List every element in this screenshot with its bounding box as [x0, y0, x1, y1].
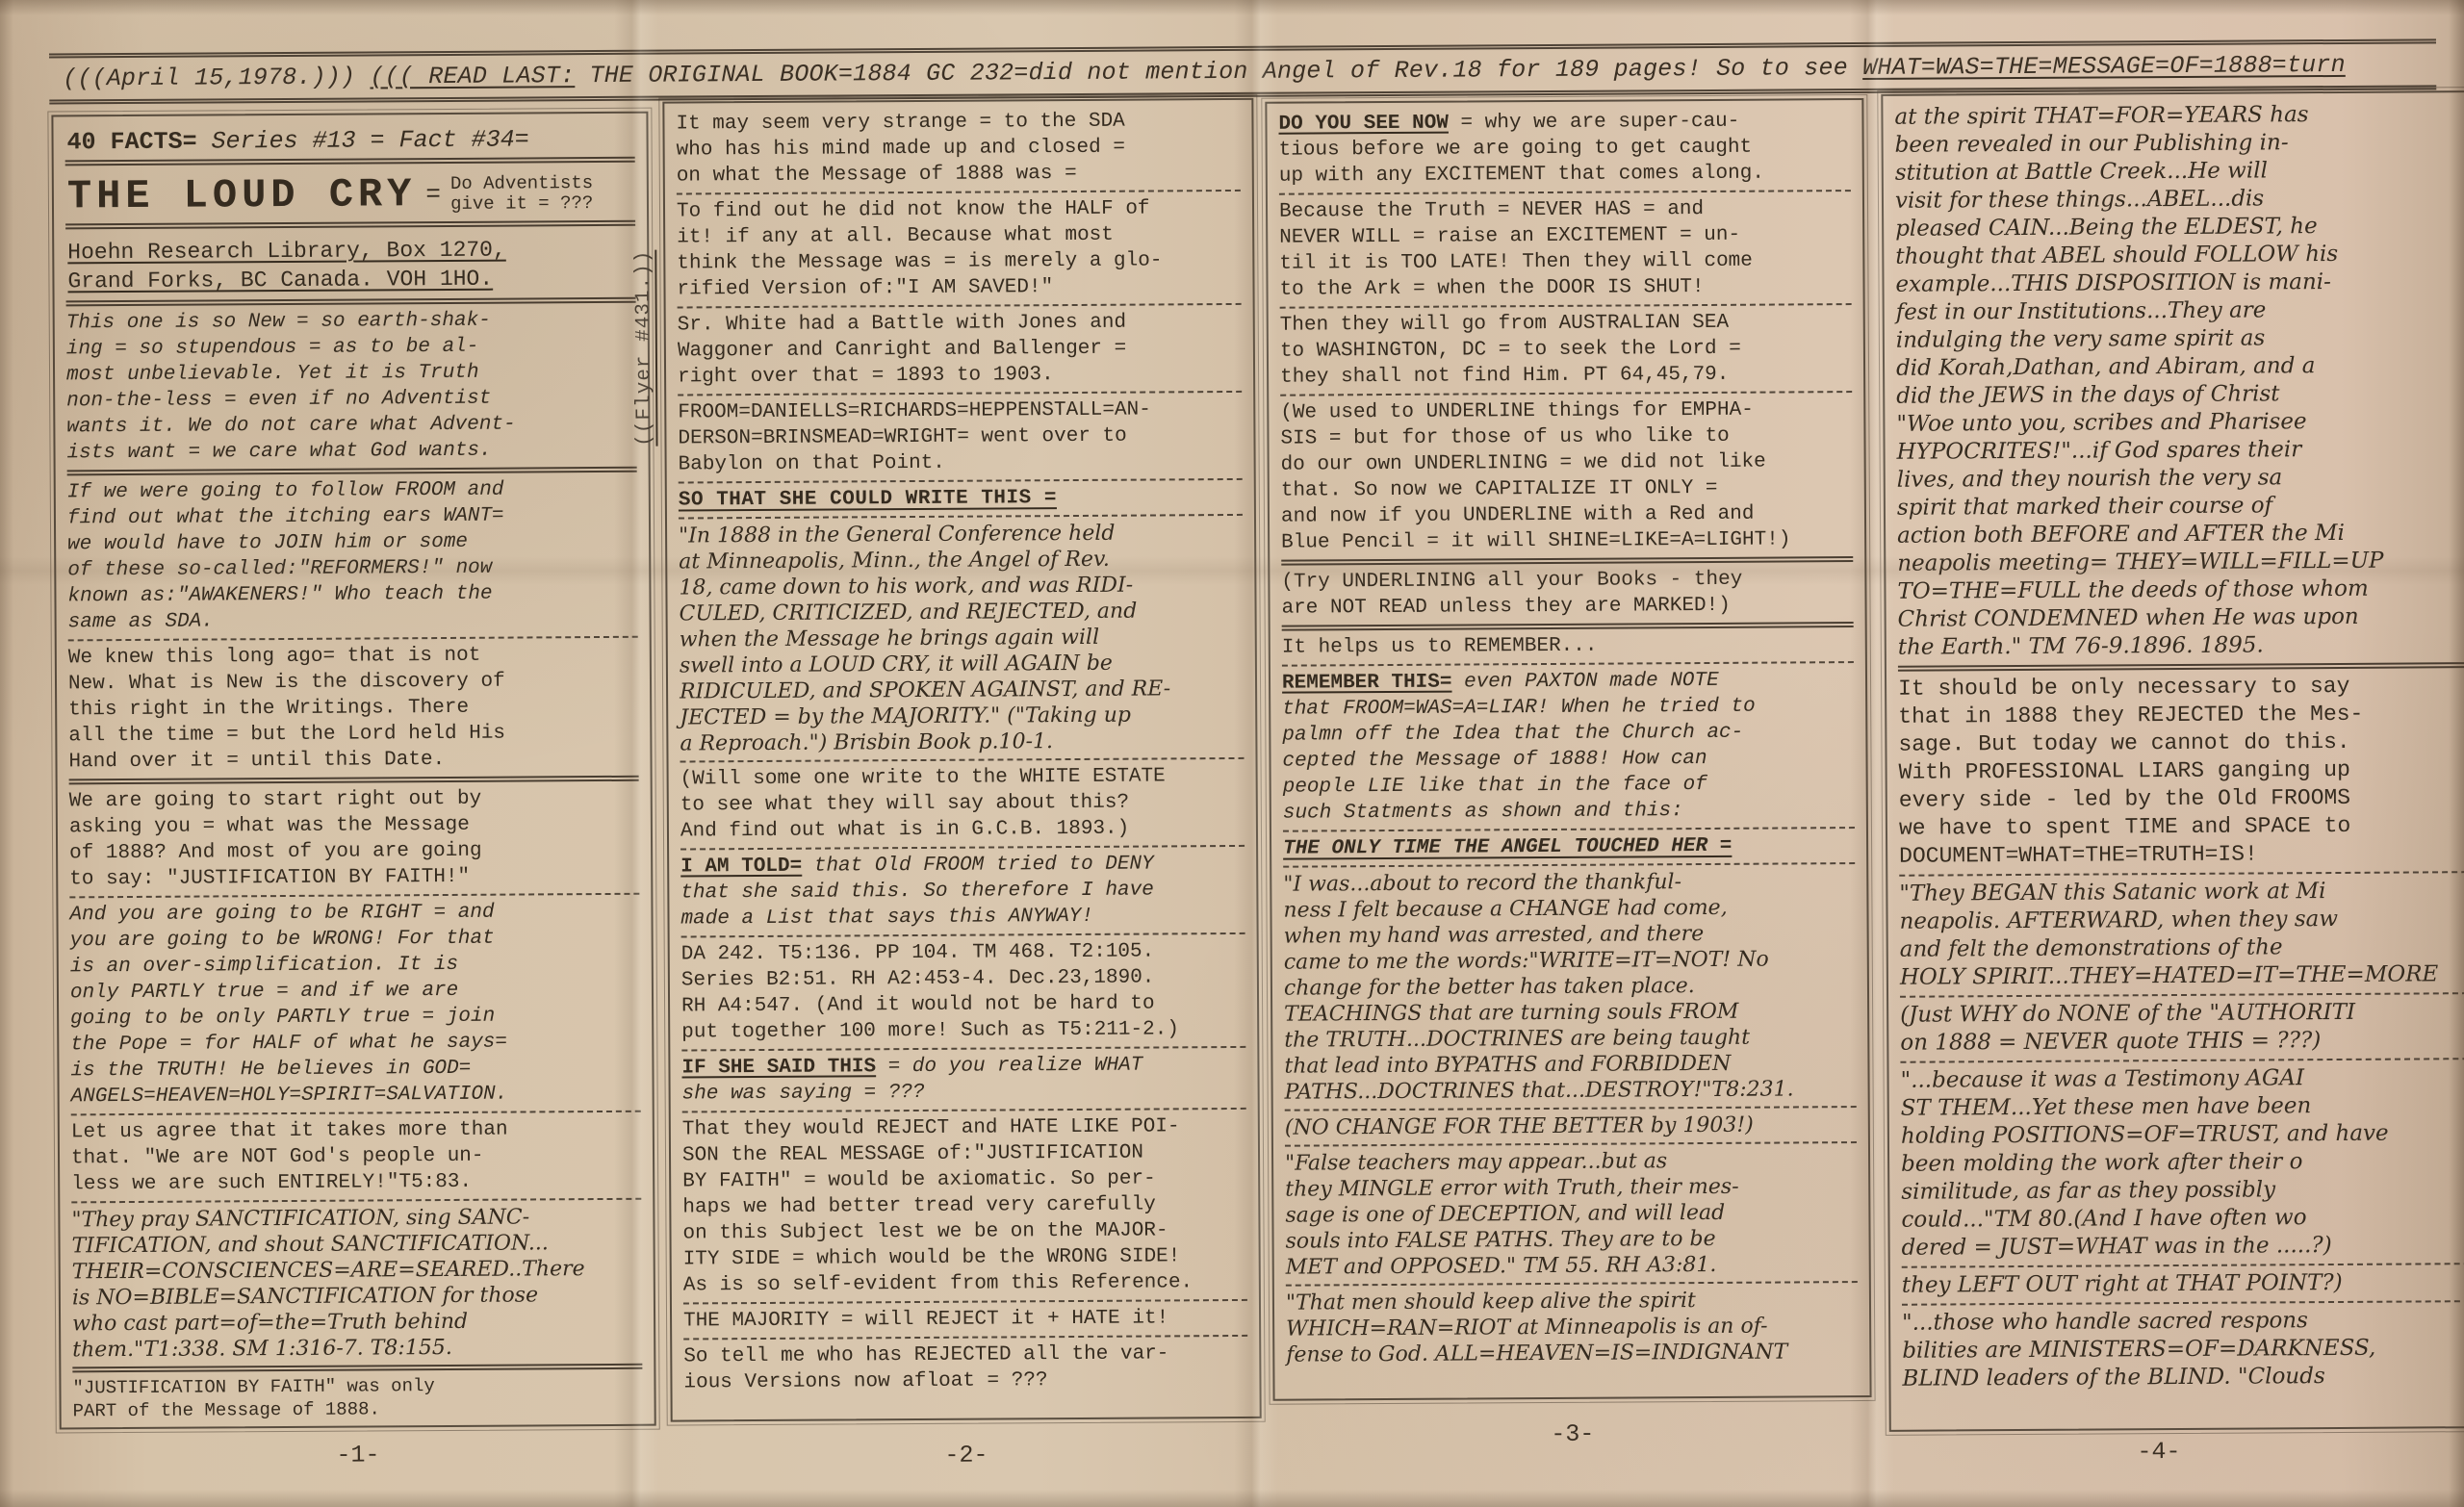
- paragraph-lead: IF SHE SAID THIS: [681, 1056, 876, 1079]
- paragraph: at the spirit THAT=FOR=YEARS has been re…: [1894, 100, 2464, 672]
- paragraph: That they would REJECT and HATE LIKE POI…: [682, 1113, 1247, 1305]
- page-title: THE LOUD CRY: [67, 172, 417, 218]
- paragraph: they LEFT OUT right at THAT POINT?): [1902, 1268, 2464, 1306]
- paragraph-lead: REMEMBER THIS=: [1282, 672, 1452, 695]
- address-line2: Grand Forks, BC Canada. VOH 1HO.: [67, 267, 493, 294]
- paragraph-lead: I AM TOLD=: [680, 856, 802, 879]
- fold-crease-right: [1850, 0, 1894, 1507]
- paper-content: (((April 15,1978.))) ((( READ LAST: THE …: [0, 0, 2464, 1507]
- series-prefix: 40 FACTS=: [66, 128, 196, 157]
- page-number-3: -3-: [1273, 1418, 1872, 1450]
- paragraph: We are going to start right out by askin…: [69, 785, 640, 899]
- paragraph: (We used to UNDERLINE things for EMPHA- …: [1280, 396, 1853, 566]
- paragraph: (Will some one write to the WHITE ESTATE…: [680, 763, 1245, 851]
- subtitle-line1: Do Adventists: [450, 172, 593, 194]
- paragraph: It should be only necessary to say that …: [1898, 672, 2464, 877]
- fold-crease-horizontal: [0, 556, 2464, 585]
- title-subtitle: Do Adventists give it = ???: [450, 173, 593, 215]
- column-1: 40 FACTS= Series #13 = Fact #34= THE LOU…: [51, 112, 655, 1430]
- paper-edge-right: [2449, 0, 2464, 1507]
- paragraph: And you are going to be RIGHT = and you …: [69, 899, 640, 1116]
- paragraph: I AM TOLD= that Old FROOM tried to DENY …: [680, 851, 1245, 938]
- paragraph: Let us agree that it takes more than tha…: [71, 1116, 642, 1204]
- column-2: It may seem very strange = to the SDA wh…: [662, 98, 1261, 1422]
- paragraph: "They BEGAN this Satanic work at Mi neap…: [1899, 877, 2464, 998]
- paragraph: DA 242. T5:136. PP 104. TM 468. T2:105. …: [681, 938, 1246, 1052]
- paragraph: IF SHE SAID THIS = do you realize WHAT s…: [681, 1052, 1245, 1113]
- paper-edge-bottom: [0, 1490, 2464, 1507]
- paragraph: Because the Truth = NEVER HAS = and NEVE…: [1279, 195, 1852, 309]
- paragraph: "I was...about to record the thankful- n…: [1283, 868, 1857, 1111]
- paragraph: (Just WHY do NONE of the "AUTHORITI on 1…: [1900, 998, 2464, 1063]
- paragraph: "JUSTIFICATION BY FAITH" was only PART o…: [72, 1373, 642, 1423]
- column-4: at the spirit THAT=FOR=YEARS has been re…: [1881, 90, 2464, 1432]
- paragraph: REMEMBER THIS= even PAXTON made NOTE tha…: [1282, 667, 1855, 832]
- banner-read-last-text: THE ORIGINAL BOOK=1884 GC 232=did not me…: [575, 54, 1862, 89]
- paragraph: "That men should keep alive the spirit W…: [1286, 1287, 1858, 1368]
- banner-read-last-label: ((( READ LAST:: [370, 62, 575, 90]
- paragraph: This one is so New = so earth-shak- ing …: [66, 307, 637, 476]
- column-3: DO YOU SEE NOW = why we are super-cau- t…: [1265, 98, 1871, 1401]
- banner-read-last-tail: WHAT=WAS=THE=MESSAGE=OF=1888=turn: [1862, 51, 2346, 82]
- banner-date: (((April 15,1978.))): [63, 64, 355, 93]
- paragraph: We knew this long ago= that is not New. …: [68, 642, 639, 785]
- paragraph: "False teachers may appear...but as they…: [1285, 1147, 1858, 1287]
- page-number-1: -1-: [60, 1440, 656, 1471]
- page-number-4: -4-: [1889, 1436, 2428, 1467]
- paragraph: "...those who handle sacred respons bili…: [1902, 1306, 2464, 1393]
- paragraph: Sr. White had a Battle with Jones and Wa…: [678, 309, 1243, 396]
- paragraph: FROOM=DANIELLS=RICHARDS=HEPPENSTALL=AN- …: [678, 396, 1243, 484]
- series-rest: Series #13 = Fact #34=: [197, 125, 529, 155]
- fold-crease-center: [1234, 0, 1278, 1507]
- page-number-2: -2-: [671, 1440, 1262, 1471]
- title-equals: =: [425, 182, 441, 208]
- section-heading: SO THAT SHE COULD WRITE THIS =: [679, 484, 1243, 520]
- paper-edge-left: [0, 0, 13, 1507]
- paragraph: THE MAJORITY = will REJECT it + HATE it!: [683, 1305, 1247, 1341]
- scanned-flyer-page: (((April 15,1978.))) ((( READ LAST: THE …: [0, 0, 2464, 1507]
- paragraph: "They pray SANCTIFICATION, sing SANC- TI…: [71, 1204, 642, 1373]
- paragraph: DO YOU SEE NOW = why we are super-cau- t…: [1278, 108, 1851, 195]
- masthead-title-box: THE LOUD CRY = Do Adventists give it = ?…: [65, 166, 635, 230]
- paragraph: (NO CHANGE FOR THE BETTER by 1903!): [1285, 1111, 1857, 1147]
- paragraph: Then they will go from AUSTRALIAN SEA to…: [1280, 309, 1853, 396]
- address-line1: Hoehn Research Library, Box 1270,: [67, 238, 506, 266]
- paragraph: It helps us to REMEMBER...: [1282, 631, 1854, 667]
- masthead-address: Hoehn Research Library, Box 1270, Grand …: [65, 230, 635, 307]
- paragraph: To find out he did not know the HALF of …: [677, 195, 1242, 309]
- fold-crease-left: [614, 0, 658, 1507]
- paragraph-lead: DO YOU SEE NOW: [1278, 113, 1449, 136]
- paper-edge-top: [0, 0, 2464, 15]
- paragraph: It may seem very strange = to the SDA wh…: [676, 108, 1241, 195]
- subtitle-line2: give it = ???: [450, 192, 593, 215]
- paragraph: So tell me who has REJECTED all the var-…: [683, 1341, 1247, 1396]
- section-heading: THE ONLY TIME THE ANGEL TOUCHED HER =: [1283, 832, 1855, 868]
- masthead-series-line: 40 FACTS= Series #13 = Fact #34=: [64, 121, 634, 166]
- paragraph: "...because it was a Testimony AGAI ST T…: [1900, 1063, 2464, 1268]
